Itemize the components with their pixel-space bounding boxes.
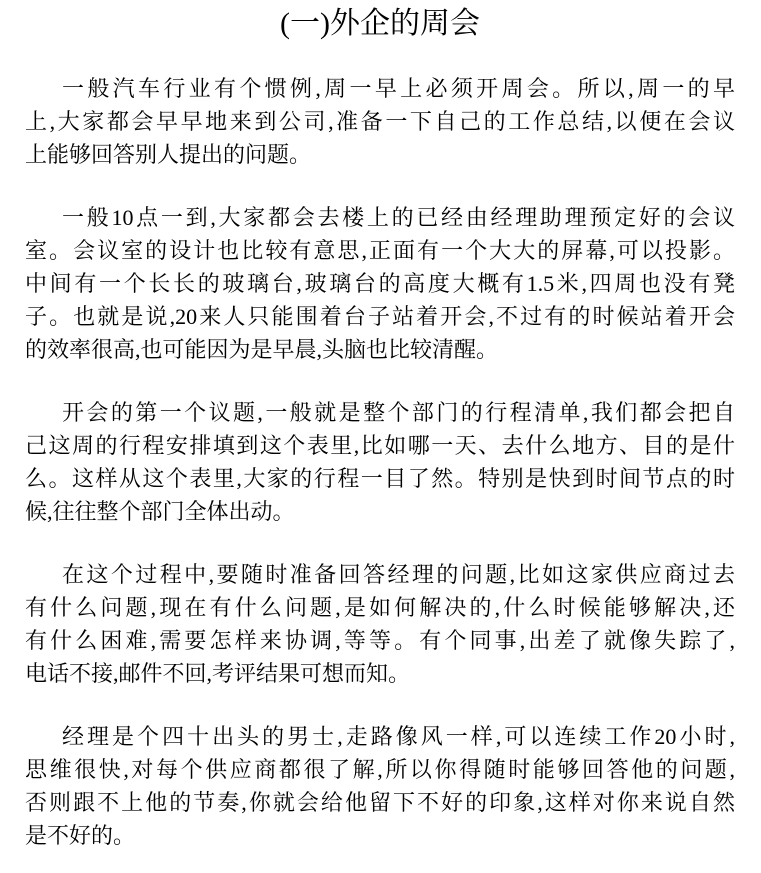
text-line: 电话不接,邮件不回,考评结果可想而知。 <box>25 657 735 690</box>
text-line: 思维很快,对每个供应商都很了解,所以你得随时能够回答他的问题, <box>25 753 735 786</box>
text-line: 室。会议室的设计也比较有意思,正面有一个大大的屏幕,可以投影。 <box>25 234 735 267</box>
text-line: 是不好的。 <box>25 819 735 852</box>
text-line: 开会的第一个议题,一般就是整个部门的行程清单,我们都会把自 <box>25 396 735 429</box>
text-line: 在这个过程中,要随时准备回答经理的问题,比如这家供应商过去 <box>25 558 735 591</box>
text-line: 上能够回答别人提出的问题。 <box>25 138 735 171</box>
document-page: (一)外企的周会 一般汽车行业有个惯例,周一早上必须开周会。所以,周一的早 上,… <box>0 0 761 873</box>
text-line: 子。也就是说,20来人只能围着台子站着开会,不过有的时候站着开会 <box>25 300 735 333</box>
document-title: (一)外企的周会 <box>25 4 735 44</box>
text-line: 一般汽车行业有个惯例,周一早上必须开周会。所以,周一的早 <box>25 72 735 105</box>
text-line: 一般10点一到,大家都会去楼上的已经由经理助理预定好的会议 <box>25 201 735 234</box>
text-line: 中间有一个长长的玻璃台,玻璃台的高度大概有1.5米,四周也没有凳 <box>25 267 735 300</box>
paragraph-3: 开会的第一个议题,一般就是整个部门的行程清单,我们都会把自 己这周的行程安排填到… <box>25 396 735 528</box>
text-line: 候,往往整个部门全体出动。 <box>25 495 735 528</box>
text-line: 有什么问题,现在有什么问题,是如何解决的,什么时候能够解决,还 <box>25 591 735 624</box>
text-line: 上,大家都会早早地来到公司,准备一下自己的工作总结,以便在会议 <box>25 105 735 138</box>
text-line: 己这周的行程安排填到这个表里,比如哪一天、去什么地方、目的是什 <box>25 429 735 462</box>
text-line: 有什么困难,需要怎样来协调,等等。有个同事,出差了就像失踪了, <box>25 624 735 657</box>
paragraph-5: 经理是个四十出头的男士,走路像风一样,可以连续工作20小时, 思维很快,对每个供… <box>25 720 735 852</box>
text-line: 的效率很高,也可能因为是早晨,头脑也比较清醒。 <box>25 333 735 366</box>
paragraph-2: 一般10点一到,大家都会去楼上的已经由经理助理预定好的会议 室。会议室的设计也比… <box>25 201 735 366</box>
text-line: 经理是个四十出头的男士,走路像风一样,可以连续工作20小时, <box>25 720 735 753</box>
paragraph-4: 在这个过程中,要随时准备回答经理的问题,比如这家供应商过去 有什么问题,现在有什… <box>25 558 735 690</box>
paragraph-1: 一般汽车行业有个惯例,周一早上必须开周会。所以,周一的早 上,大家都会早早地来到… <box>25 72 735 171</box>
text-line: 否则跟不上他的节奏,你就会给他留下不好的印象,这样对你来说自然 <box>25 786 735 819</box>
text-line: 么。这样从这个表里,大家的行程一目了然。特别是快到时间节点的时 <box>25 462 735 495</box>
